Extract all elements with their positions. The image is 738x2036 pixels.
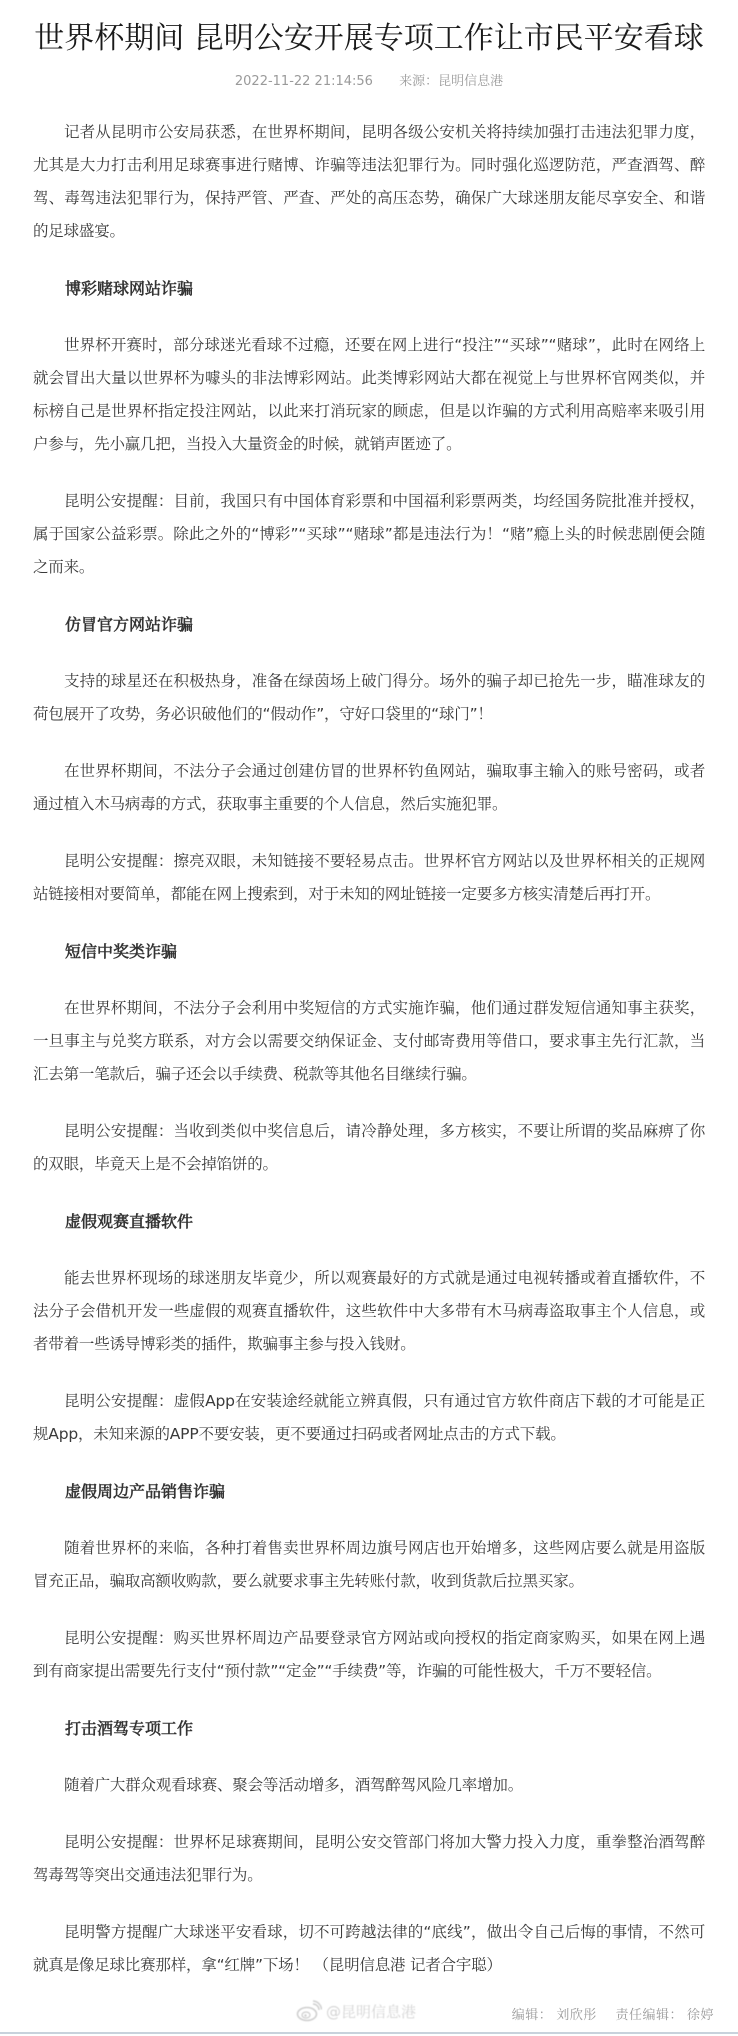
editor-label: 编辑：: [512, 2008, 553, 2023]
watermark-text: @昆明信息港: [326, 2001, 416, 2022]
paragraph: 在世界杯期间，不法分子会通过创建仿冒的世界杯钓鱼网站，骗取事主输入的账号密码，或…: [33, 755, 705, 821]
chief-editor-name: 徐婷: [687, 2008, 714, 2023]
source-name: 昆明信息港: [438, 74, 503, 89]
paragraph-police-reminder: 昆明公安提醒：虚假App在安装途经就能立辨真假，只有通过官方软件商店下载的才可能…: [33, 1385, 705, 1451]
paragraph-police-reminder: 昆明公安提醒：擦亮双眼，未知链接不要轻易点击。世界杯官方网站以及世界杯相关的正规…: [33, 845, 705, 911]
section-heading-fake-merch: 虚假周边产品销售诈骗: [33, 1475, 705, 1508]
paragraph: 随着广大群众观看球赛、聚会等活动增多，酒驾醉驾风险几率增加。: [33, 1769, 705, 1802]
paragraph-police-reminder: 昆明公安提醒：购买世界杯周边产品要登录官方网站或向授权的指定商家购买，如果在网上…: [33, 1622, 705, 1688]
section-heading-fake-official-site: 仿冒官方网站诈骗: [33, 608, 705, 641]
section-heading-gambling: 博彩赌球网站诈骗: [33, 272, 705, 305]
editor-name: 刘欣彤: [556, 2008, 597, 2023]
article-body: 记者从昆明市公安局获悉，在世界杯期间，昆明各级公安机关将持续加强打击违法犯罪力度…: [0, 116, 738, 1982]
weibo-icon: [296, 2000, 322, 2022]
section-heading-drunk-driving: 打击酒驾专项工作: [33, 1712, 705, 1745]
article: 世界杯期间 昆明公安开展专项工作让市民平安看球 2022-11-22 21:14…: [0, 0, 738, 2006]
paragraph: 能去世界杯现场的球迷朋友毕竟少，所以观赛最好的方式就是通过电视转播或着直播软件，…: [33, 1262, 705, 1361]
chief-editor-label: 责任编辑：: [615, 2008, 683, 2023]
source-label: 来源：: [399, 74, 438, 89]
paragraph-closing: 昆明警方提醒广大球迷平安看球，切不可跨越法律的“底线”，做出令自己后悔的事情，不…: [33, 1916, 705, 1982]
weibo-watermark: @昆明信息港: [296, 2000, 416, 2022]
paragraph-police-reminder: 昆明公安提醒：当收到类似中奖信息后，请冷静处理，多方核实，不要让所谓的奖品麻痹了…: [33, 1115, 705, 1181]
section-heading-sms-prize: 短信中奖类诈骗: [33, 935, 705, 968]
article-meta: 2022-11-22 21:14:56 来源：昆明信息港: [0, 72, 738, 92]
publish-datetime: 2022-11-22 21:14:56: [235, 74, 373, 89]
paragraph: 在世界杯期间，不法分子会利用中奖短信的方式实施诈骗，他们通过群发短信通知事主获奖…: [33, 992, 705, 1091]
article-footer: @昆明信息港 编辑：刘欣彤 责任编辑：徐婷: [0, 1998, 738, 2034]
paragraph: 世界杯开赛时，部分球迷光看球不过瘾，还要在网上进行“投注”“买球”“赌球”，此时…: [33, 329, 705, 461]
article-title: 世界杯期间 昆明公安开展专项工作让市民平安看球: [0, 0, 738, 60]
paragraph: 支持的球星还在积极热身，准备在绿茵场上破门得分。场外的骗子却已抢先一步，瞄准球友…: [33, 665, 705, 731]
editor-credits: 编辑：刘欣彤 责任编辑：徐婷: [508, 2004, 714, 2023]
section-heading-fake-streaming: 虚假观赛直播软件: [33, 1205, 705, 1238]
paragraph-police-reminder: 昆明公安提醒：世界杯足球赛期间，昆明公安交管部门将加大警力投入力度，重拳整治酒驾…: [33, 1826, 705, 1892]
paragraph-police-reminder: 昆明公安提醒：目前，我国只有中国体育彩票和中国福利彩票两类，均经国务院批准并授权…: [33, 485, 705, 584]
paragraph-intro: 记者从昆明市公安局获悉，在世界杯期间，昆明各级公安机关将持续加强打击违法犯罪力度…: [33, 116, 705, 248]
paragraph: 随着世界杯的来临，各种打着售卖世界杯周边旗号网店也开始增多，这些网店要么就是用盗…: [33, 1532, 705, 1598]
